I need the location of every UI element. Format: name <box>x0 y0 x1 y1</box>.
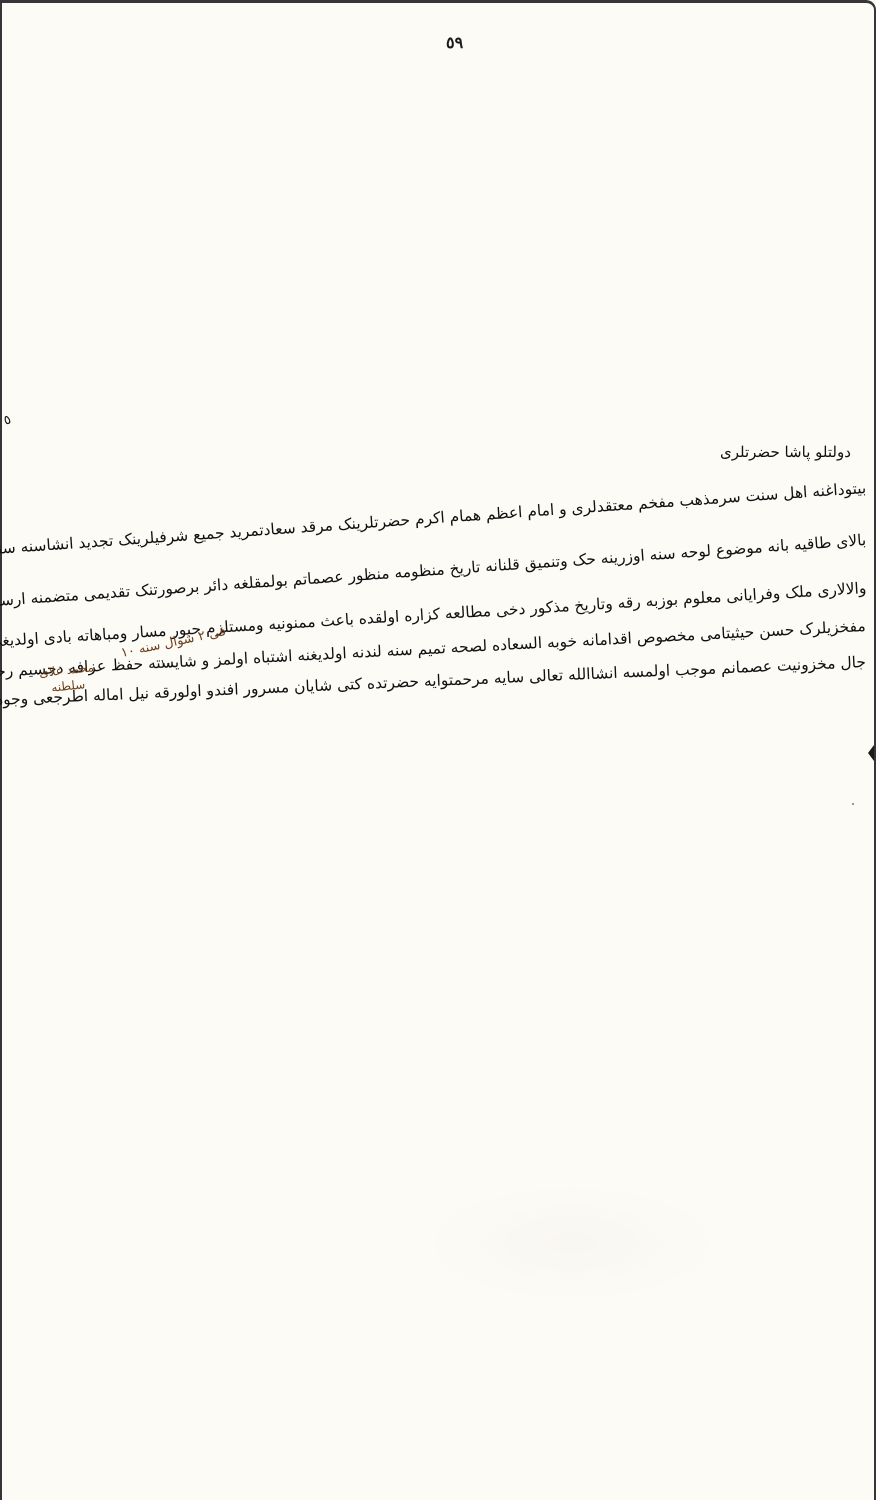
annotation-number: ١٠ <box>160 657 172 670</box>
ink-speck <box>852 803 854 805</box>
signature: محمد علای سلطنه <box>39 660 97 697</box>
page-edge-tab <box>868 745 874 761</box>
page-number: ٥٩ <box>446 33 463 52</box>
letter-heading: دولتلو پاشا حضرتلری <box>720 443 851 461</box>
bleed-through-shadow <box>422 1183 722 1303</box>
ink-speck <box>207 691 209 693</box>
corner-mark: ٥ <box>2 412 14 428</box>
document-page: ٥٩ ٥ دولتلو پاشا حضرتلری بیتوداغنه اهل س… <box>0 0 876 1500</box>
